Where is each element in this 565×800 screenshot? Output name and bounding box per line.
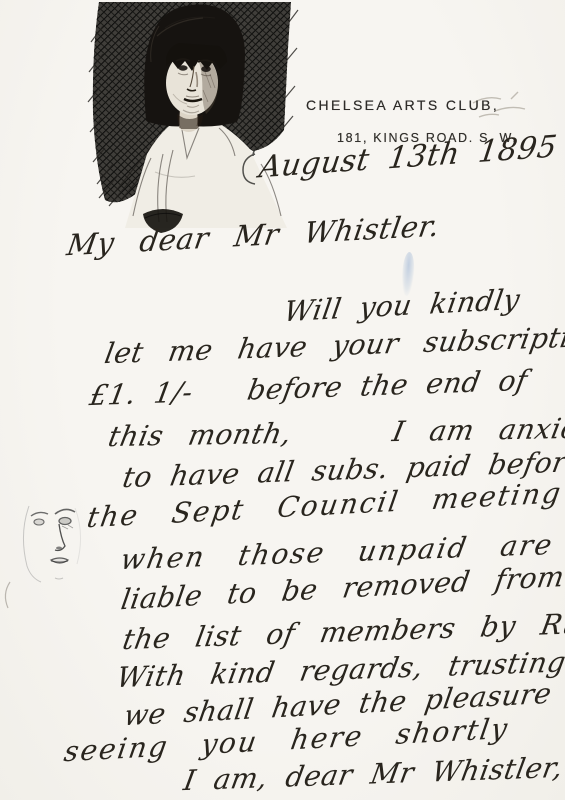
- stray-paren-mark: [0, 580, 14, 612]
- handwritten-line-2: let me have your subscription: [102, 320, 565, 371]
- portrait-sketch: [85, 2, 300, 234]
- letter-page: CHELSEA ARTS CLUB, 181, KINGS ROAD. S. W…: [0, 0, 565, 800]
- handwritten-line-4: this month, I am anxious: [106, 411, 565, 453]
- letterhead-club-name: CHELSEA ARTS CLUB,: [306, 97, 499, 113]
- handwritten-line-1: Will you kindly: [282, 283, 523, 329]
- margin-face-sketch: [15, 494, 95, 586]
- handwritten-line-3: £1. 1/- before the end of: [87, 364, 530, 412]
